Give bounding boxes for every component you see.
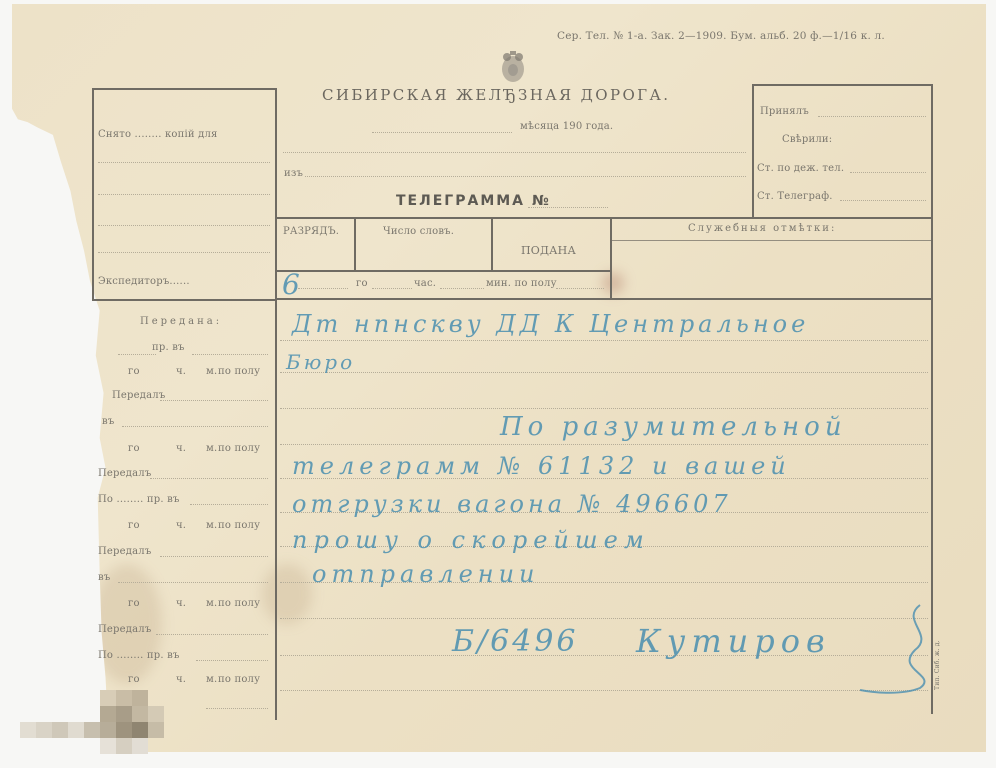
handwritten-signature-code: Б/6496 — [452, 624, 579, 659]
from-label: изъ — [284, 168, 303, 179]
double-headed-eagle-icon — [497, 50, 529, 84]
transfer-go: го — [128, 443, 140, 454]
frame — [92, 88, 94, 300]
minute-label: мин. по полу — [486, 278, 557, 289]
station-telegraph-label: Ст. Телеграф. — [757, 191, 833, 202]
transfer-h: ч. — [176, 443, 186, 454]
ruled-line — [280, 372, 928, 373]
transfer-half: по полу — [218, 366, 260, 377]
copies-line — [98, 162, 270, 163]
ruled-line — [280, 690, 928, 691]
ruled-line — [280, 408, 928, 409]
print-line: Сер. Тел. № 1-а. Зак. 2—1909. Бум. альб.… — [557, 30, 885, 42]
frame — [276, 270, 610, 272]
copies-line — [98, 252, 270, 253]
ruled-line — [280, 618, 928, 619]
signature-flourish — [860, 600, 940, 700]
station-duty-label: Ст. по деж. тел. — [757, 163, 844, 174]
frame — [92, 88, 276, 90]
expeditor-label: Экспедиторъ...... — [98, 276, 190, 287]
ruled-line — [280, 444, 928, 445]
transfer-line — [150, 478, 268, 479]
frame — [276, 298, 932, 300]
handwritten-body-line4: прошу о скорейшем — [292, 526, 650, 554]
transfer-m: м. — [206, 674, 217, 685]
handwritten-addressee-line1: Дт нпнскву ДД К Центральное — [292, 310, 809, 338]
railway-title: СИБИРСКАЯ ЖЕЛЂЗНАЯ ДОРОГА. — [322, 86, 670, 104]
handwritten-signature: Кутиров — [636, 622, 831, 660]
transfer-h: ч. — [176, 598, 186, 609]
transfer-pr-label: По ........ пр. въ — [98, 494, 180, 505]
transfer-half: по полу — [218, 674, 260, 685]
transfer-line — [118, 354, 156, 355]
submitted-label: ПОДАНА — [521, 244, 576, 257]
transfer-h: ч. — [176, 366, 186, 377]
transfer-m: м. — [206, 520, 217, 531]
transfer-line — [122, 426, 268, 427]
handwritten-addressee-line2: Бюро — [286, 350, 355, 374]
side-print: Тип. Сиб. ж. д. — [934, 640, 941, 690]
transfer-line — [156, 634, 268, 635]
transfer-line — [118, 582, 268, 583]
service-marks-label: Служебныя отмѣтки: — [688, 223, 836, 234]
frame — [752, 84, 932, 86]
transfer-line — [160, 556, 268, 557]
handwritten-body-line2: телеграмм № 61132 и вашей — [292, 452, 791, 480]
handwritten-body-line3: отгрузки вагона № 496607 — [292, 490, 732, 518]
transfer-label: Передалъ — [98, 468, 151, 479]
telegram-number-line — [528, 207, 608, 208]
transfer-line — [160, 400, 268, 401]
transfer-m: м. — [206, 366, 217, 377]
frame — [92, 299, 276, 301]
accepted-label: Принялъ — [760, 106, 809, 117]
frame — [612, 240, 932, 241]
hour-line — [372, 288, 412, 289]
day-line — [298, 288, 348, 289]
frame — [275, 88, 277, 720]
transfer-line — [192, 354, 268, 355]
date-label: мѣсяца 190 года. — [520, 121, 613, 132]
frame — [491, 218, 493, 270]
checked-label: Свѣрили: — [782, 134, 832, 145]
transfer-go: го — [128, 598, 140, 609]
transfer-half: по полу — [218, 598, 260, 609]
station-telegraph-line — [840, 200, 926, 201]
transfer-h: ч. — [176, 674, 186, 685]
transfer-v: въ — [102, 416, 114, 427]
transfer-go: го — [128, 366, 140, 377]
transfer-pr-label: пр. въ — [152, 342, 185, 353]
transfer-line — [206, 708, 268, 709]
stain — [602, 272, 624, 294]
handwritten-body-line1: По разумительной — [500, 412, 847, 442]
stain — [262, 564, 312, 624]
transfer-pr-label: По ........ пр. въ — [98, 650, 180, 661]
copies-line — [98, 225, 270, 226]
transfer-half: по полу — [218, 520, 260, 531]
copies-line — [98, 194, 270, 195]
transfer-label: Передалъ — [98, 546, 151, 557]
word-count-label: Число словъ. — [383, 226, 454, 237]
transfer-label: Передалъ — [98, 624, 151, 635]
frame — [354, 218, 356, 270]
frame — [610, 218, 612, 298]
minute-line — [440, 288, 484, 289]
transfer-m: м. — [206, 598, 217, 609]
transfer-m: м. — [206, 443, 217, 454]
transfer-line — [196, 660, 268, 661]
date-line — [372, 132, 512, 133]
ruled-line — [280, 340, 928, 341]
handwritten-body-line5: отправлении — [312, 560, 540, 588]
day-suffix: го — [356, 278, 368, 289]
blank-line — [283, 152, 746, 153]
transfer-heading: Передана: — [140, 316, 222, 327]
accepted-line — [818, 116, 926, 117]
frame — [752, 84, 754, 218]
transfer-half: по полу — [218, 443, 260, 454]
handwritten-day: 6 — [282, 268, 303, 301]
from-line — [305, 176, 746, 177]
category-label: РАЗРЯДЪ. — [283, 226, 339, 237]
transfer-line — [190, 504, 268, 505]
hour-label: час. — [414, 278, 436, 289]
frame — [276, 217, 932, 219]
transfer-h: ч. — [176, 520, 186, 531]
station-duty-line — [850, 172, 926, 173]
transfer-go: го — [128, 520, 140, 531]
copies-label: Снято ........ копій для — [98, 129, 218, 140]
half-line — [556, 288, 604, 289]
transfer-go: го — [128, 674, 140, 685]
transfer-v: въ — [98, 572, 110, 583]
transfer-label: Передалъ — [112, 390, 165, 401]
